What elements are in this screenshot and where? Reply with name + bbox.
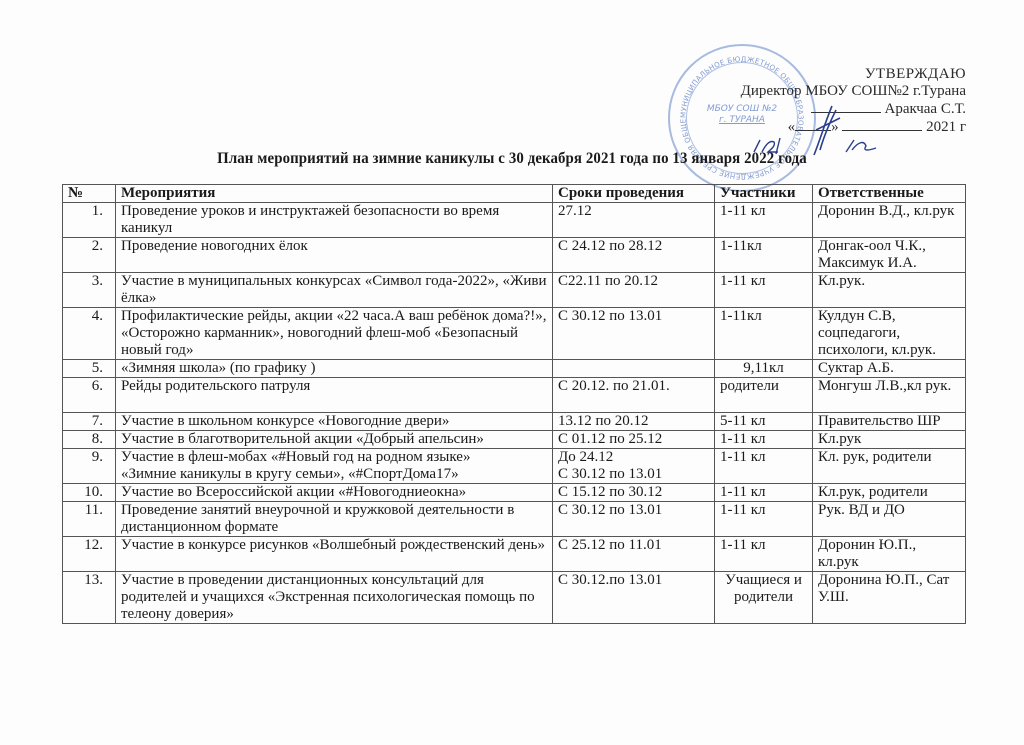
header-number: № xyxy=(63,185,116,203)
row-dates: С 25.12 по 11.01 xyxy=(553,537,715,572)
table-row: 13.Участие в проведении дистанционных ко… xyxy=(63,572,966,624)
row-event: Проведение новогодних ёлок xyxy=(116,238,553,273)
row-dates: До 24.12 С 30.12 по 13.01 xyxy=(553,449,715,484)
row-responsible: Суктар А.Б. xyxy=(813,360,966,378)
row-dates: С 24.12 по 28.12 xyxy=(553,238,715,273)
row-participants: Учащиеся и родители xyxy=(715,572,813,624)
row-event: Участие в муниципальных конкурсах «Симво… xyxy=(116,273,553,308)
row-event: Проведение занятий внеурочной и кружково… xyxy=(116,502,553,537)
row-number: 3. xyxy=(63,273,116,308)
row-number: 4. xyxy=(63,308,116,360)
row-event: Проведение уроков и инструктажей безопас… xyxy=(116,203,553,238)
row-responsible: Кл. рук, родители xyxy=(813,449,966,484)
row-participants: 9,11кл xyxy=(715,360,813,378)
table-row: 7.Участие в школьном конкурсе «Новогодни… xyxy=(63,413,966,431)
row-participants: 1-11 кл xyxy=(715,449,813,484)
table-row: 5.«Зимняя школа» (по графику )9,11клСукт… xyxy=(63,360,966,378)
table-row: 3.Участие в муниципальных конкурсах «Сим… xyxy=(63,273,966,308)
events-table: № Мероприятия Сроки проведения Участники… xyxy=(62,184,966,624)
row-event: «Зимняя школа» (по графику ) xyxy=(116,360,553,378)
table-row: 6.Рейды родительского патруляС 20.12. по… xyxy=(63,378,966,413)
row-dates: 27.12 xyxy=(553,203,715,238)
row-event: Рейды родительского патруля xyxy=(116,378,553,413)
row-responsible: Доронин Ю.П., кл.рук xyxy=(813,537,966,572)
row-event: Участие в благотворительной акции «Добры… xyxy=(116,431,553,449)
table-row: 1.Проведение уроков и инструктажей безоп… xyxy=(63,203,966,238)
row-number: 2. xyxy=(63,238,116,273)
approval-position: Директор МБОУ СОШ№2 г.Турана xyxy=(741,83,966,100)
table-row: 11.Проведение занятий внеурочной и кружк… xyxy=(63,502,966,537)
row-dates xyxy=(553,360,715,378)
table-row: 9.Участие в флеш-мобах «#Новый год на ро… xyxy=(63,449,966,484)
document-title: План мероприятий на зимние каникулы с 30… xyxy=(20,150,1003,168)
row-participants: 5-11 кл xyxy=(715,413,813,431)
row-responsible: Кл.рук, родители xyxy=(813,484,966,502)
row-participants: 1-11кл xyxy=(715,238,813,273)
approval-name-line: Аракчаа С.Т. xyxy=(741,100,966,118)
row-number: 10. xyxy=(63,484,116,502)
header-dates: Сроки проведения xyxy=(553,185,715,203)
row-dates: С22.11 по 20.12 xyxy=(553,273,715,308)
table-row: 2.Проведение новогодних ёлокС 24.12 по 2… xyxy=(63,238,966,273)
table-row: 12.Участие в конкурсе рисунков «Волшебны… xyxy=(63,537,966,572)
row-dates: С 01.12 по 25.12 xyxy=(553,431,715,449)
row-responsible: Донгак-оол Ч.К., Максимук И.А. xyxy=(813,238,966,273)
row-event: Участие во Всероссийской акции «#Новогод… xyxy=(116,484,553,502)
row-dates: С 15.12 по 30.12 xyxy=(553,484,715,502)
row-dates: С 30.12 по 13.01 xyxy=(553,502,715,537)
row-number: 12. xyxy=(63,537,116,572)
row-number: 1. xyxy=(63,203,116,238)
row-number: 7. xyxy=(63,413,116,431)
row-responsible: Рук. ВД и ДО xyxy=(813,502,966,537)
row-participants: 1-11 кл xyxy=(715,502,813,537)
table-header-row: № Мероприятия Сроки проведения Участники… xyxy=(63,185,966,203)
row-event: Участие в проведении дистанционных консу… xyxy=(116,572,553,624)
table-row: 10.Участие во Всероссийской акции «#Ново… xyxy=(63,484,966,502)
row-participants: 1-11 кл xyxy=(715,484,813,502)
row-number: 8. xyxy=(63,431,116,449)
table-body: 1.Проведение уроков и инструктажей безоп… xyxy=(63,203,966,624)
row-responsible: Кл.рук xyxy=(813,431,966,449)
approval-heading: УТВЕРЖДАЮ xyxy=(741,66,966,83)
row-event: Участие в конкурсе рисунков «Волшебный р… xyxy=(116,537,553,572)
row-number: 13. xyxy=(63,572,116,624)
row-responsible: Правительство ШР xyxy=(813,413,966,431)
row-dates: С 30.12 по 13.01 xyxy=(553,308,715,360)
row-number: 6. xyxy=(63,378,116,413)
header-responsible: Ответственные xyxy=(813,185,966,203)
approval-year: 2021 г xyxy=(926,119,966,135)
row-dates: 13.12 по 20.12 xyxy=(553,413,715,431)
row-number: 11. xyxy=(63,502,116,537)
row-responsible: Кл.рук. xyxy=(813,273,966,308)
header-participants: Участники xyxy=(715,185,813,203)
row-responsible: Кулдун С.В, соцпедагоги, психологи, кл.р… xyxy=(813,308,966,360)
row-number: 9. xyxy=(63,449,116,484)
row-participants: 1-11кл xyxy=(715,308,813,360)
header-events: Мероприятия xyxy=(116,185,553,203)
table-row: 8.Участие в благотворительной акции «Доб… xyxy=(63,431,966,449)
row-participants: 1-11 кл xyxy=(715,431,813,449)
row-responsible: Доронина Ю.П., Сат У.Ш. xyxy=(813,572,966,624)
row-dates: С 30.12.по 13.01 xyxy=(553,572,715,624)
row-event: Профилактические рейды, акции «22 часа.А… xyxy=(116,308,553,360)
approval-name: Аракчаа С.Т. xyxy=(885,101,966,117)
approval-block: УТВЕРЖДАЮ Директор МБОУ СОШ№2 г.Турана А… xyxy=(741,66,966,136)
row-responsible: Монгуш Л.В.,кл рук. xyxy=(813,378,966,413)
row-participants: 1-11 кл xyxy=(715,203,813,238)
row-participants: родители xyxy=(715,378,813,413)
row-participants: 1-11 кл xyxy=(715,537,813,572)
row-event: Участие в флеш-мобах «#Новый год на родн… xyxy=(116,449,553,484)
row-event: Участие в школьном конкурсе «Новогодние … xyxy=(116,413,553,431)
row-number: 5. xyxy=(63,360,116,378)
table-row: 4.Профилактические рейды, акции «22 часа… xyxy=(63,308,966,360)
date-month-blank xyxy=(842,118,922,131)
row-responsible: Доронин В.Д., кл.рук xyxy=(813,203,966,238)
row-participants: 1-11 кл xyxy=(715,273,813,308)
row-dates: С 20.12. по 21.01. xyxy=(553,378,715,413)
